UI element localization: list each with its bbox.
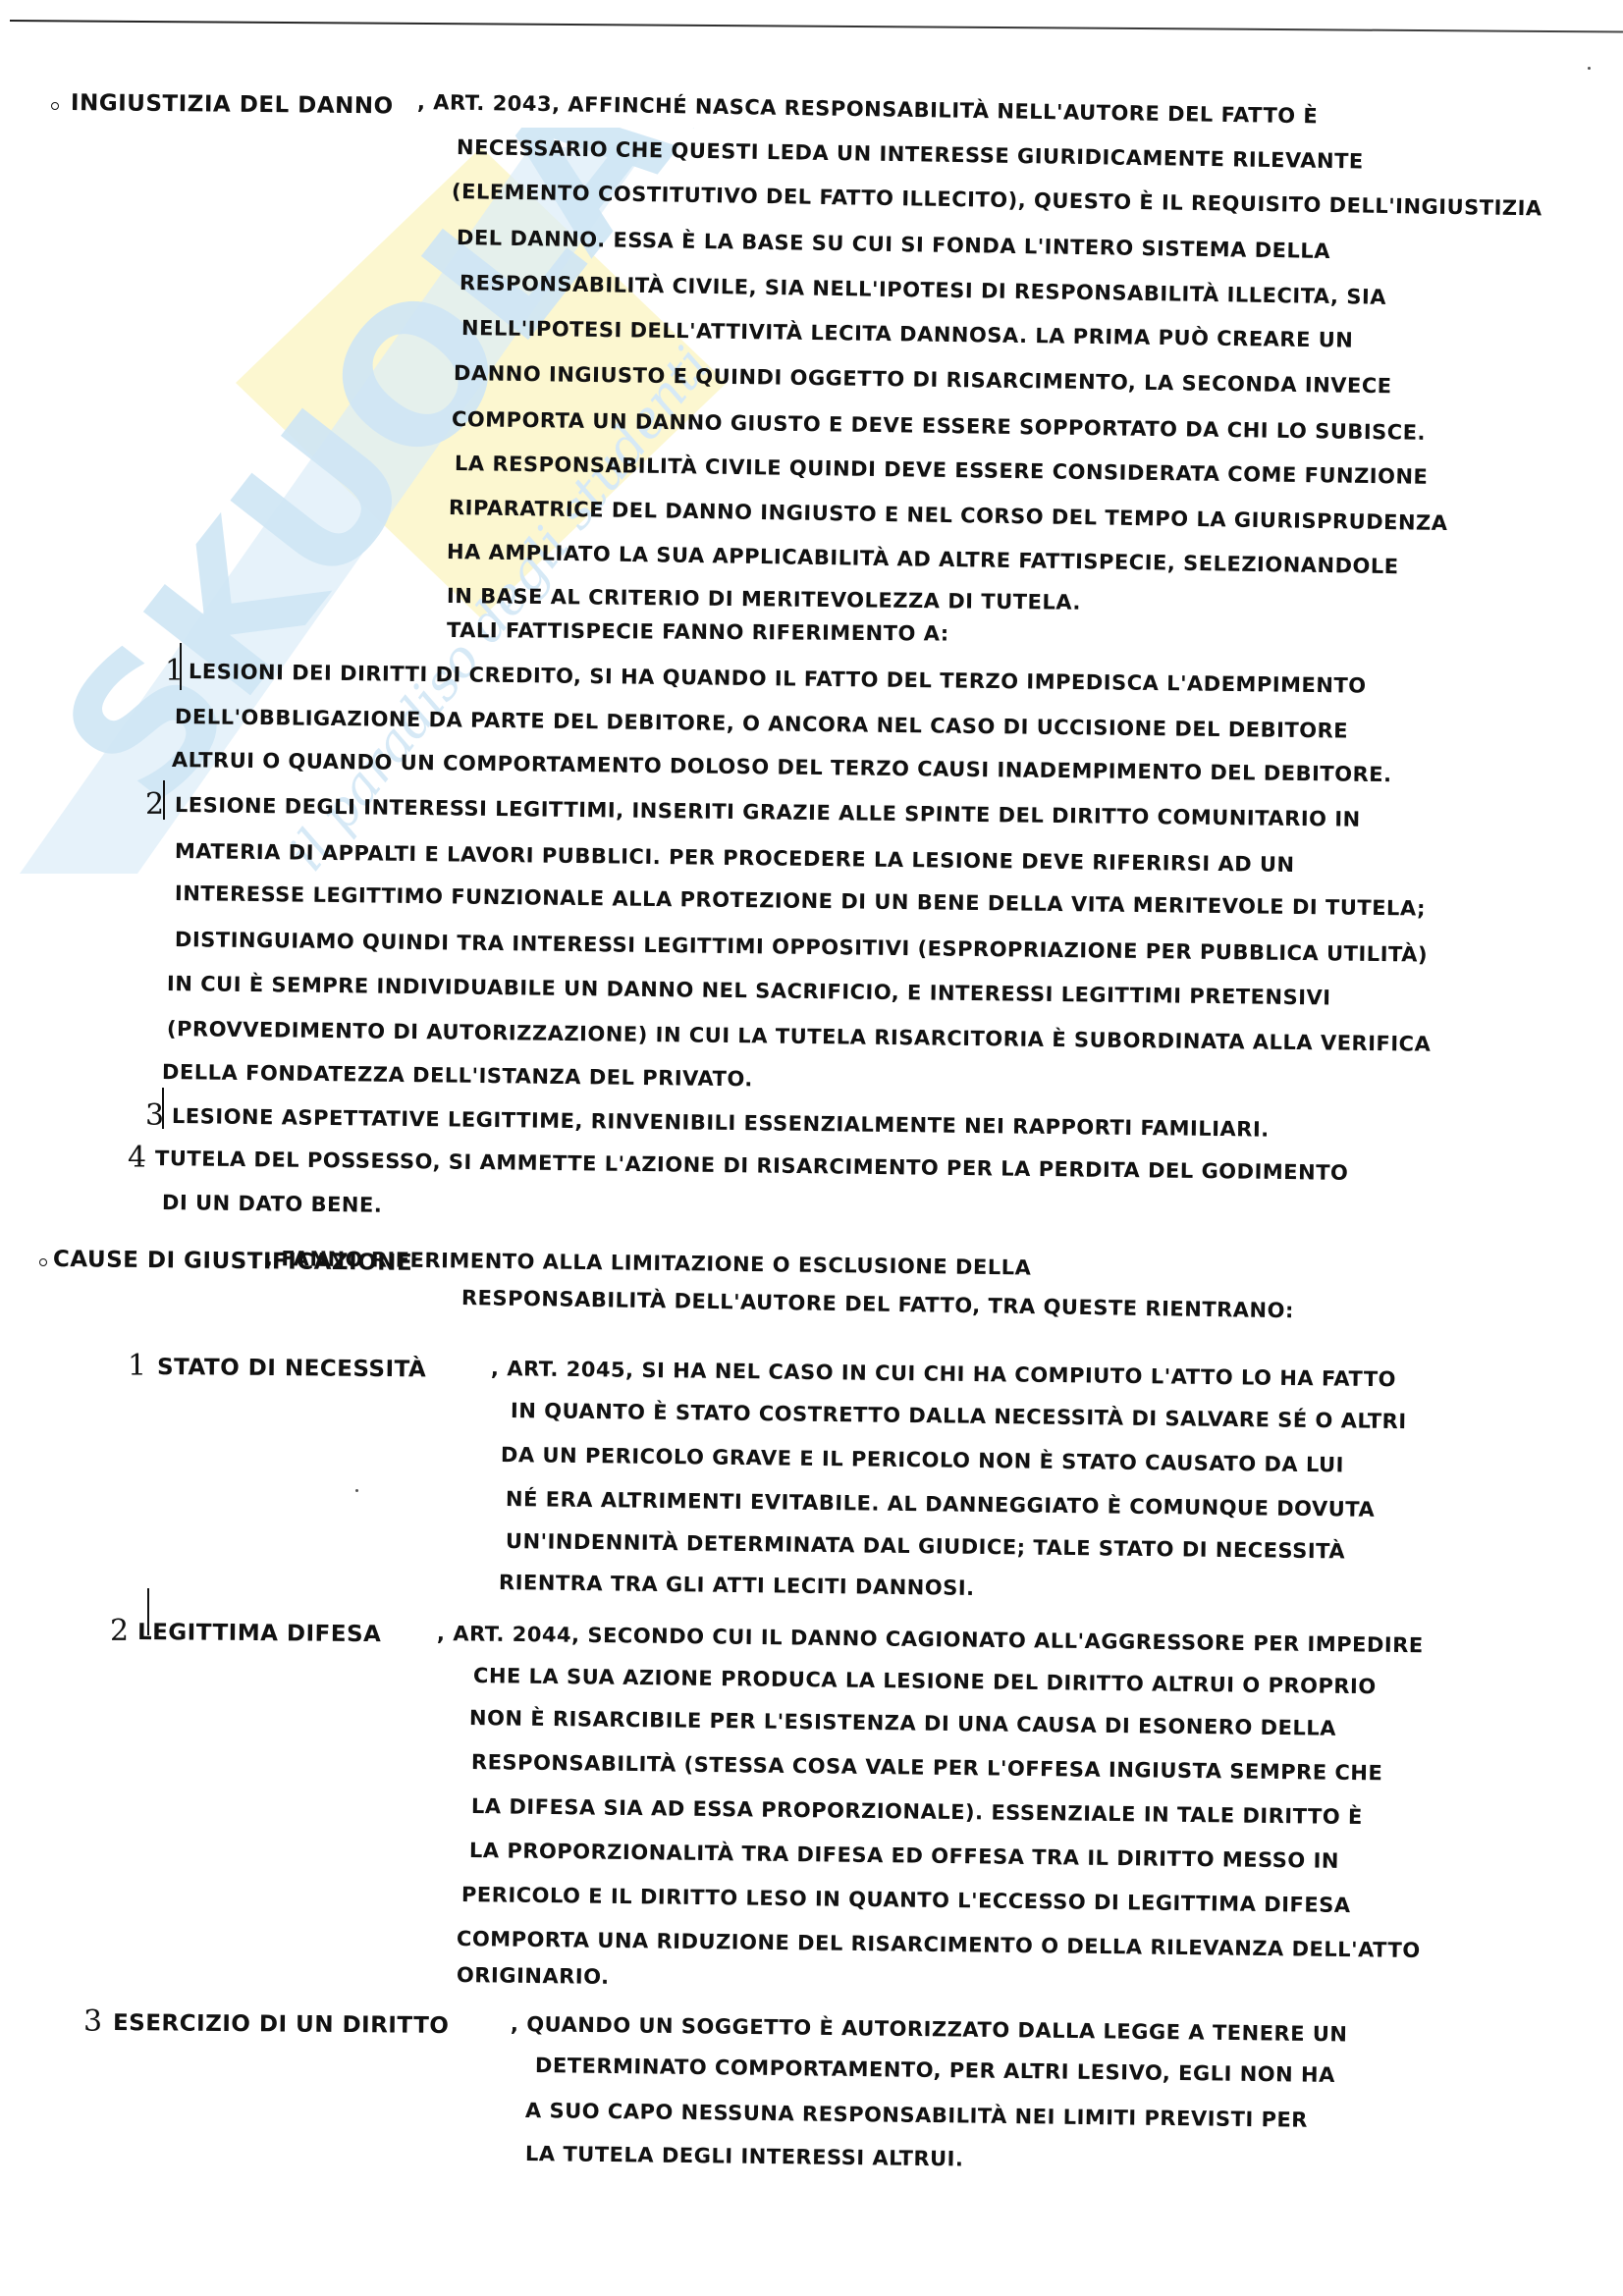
text-line: da un pericolo grave e il pericolo non è… <box>501 1443 1344 1476</box>
text-line: Tutela del possesso, si ammette l'azione… <box>155 1147 1349 1185</box>
text-line: non è risarcibile per l'esistenza di una… <box>469 1706 1336 1740</box>
text-line: ha ampliato la sua applicabilità ad altr… <box>447 540 1399 578</box>
text-line: un'indennità determinata dal giudice; ta… <box>506 1529 1345 1563</box>
text-line: , quando un soggetto è autorizzato dalla… <box>511 2012 1348 2046</box>
text-line: nell'ipotesi dell'attività lecita dannos… <box>461 316 1354 352</box>
text-line: altrui o quando un comportamento doloso … <box>172 748 1392 786</box>
text-line: Lesioni dei diritti di credito, si ha qu… <box>189 660 1367 698</box>
text-line: (elemento costitutivo del fatto illecito… <box>452 180 1542 220</box>
text-line: , Art. 2045, si ha nel caso in cui chi h… <box>491 1357 1396 1391</box>
scan-speck <box>355 1489 358 1492</box>
list-item-number: 2 <box>110 1614 130 1648</box>
list-item-number: 2 <box>145 787 165 822</box>
text-line: materia di appalti e lavori pubblici. Pe… <box>175 839 1295 877</box>
text-line: né era altrimenti evitabile. Al danneggi… <box>506 1487 1375 1522</box>
text-line: determinato comportamento, per altri les… <box>535 2054 1335 2087</box>
text-line: che la sua azione produca la lesione del… <box>473 1664 1377 1698</box>
text-line: comporta una riduzione del risarcimento … <box>457 1927 1421 1962</box>
text-line: di un dato bene. <box>162 1191 383 1217</box>
text-line: Tali fattispecie fanno riferimento a: <box>447 618 949 646</box>
margin-stroke <box>162 1088 164 1129</box>
text-line: rientra tra gli atti leciti dannosi. <box>499 1571 975 1600</box>
text-line: (provvedimento di autorizzazione) in cui… <box>167 1017 1432 1056</box>
section-title-ingiustizia: Ingiustizia del danno <box>71 90 394 119</box>
scan-speck <box>1588 67 1591 70</box>
margin-stroke <box>163 780 165 820</box>
page-top-edge-line <box>10 20 1623 32</box>
bullet-icon <box>39 1258 47 1266</box>
text-line: , Art. 2043, affinché nasca responsabili… <box>417 90 1319 128</box>
bullet-icon <box>51 102 59 110</box>
text-line: La responsabilità civile quindi deve ess… <box>455 452 1429 489</box>
list-item-label: Stato di necessità <box>157 1355 427 1382</box>
text-line: la proporzionalità tra difesa ed offesa … <box>469 1839 1339 1873</box>
text-line: comporta un danno giusto e deve essere s… <box>452 407 1426 445</box>
text-line: responsabilità dell'autore del fatto, tr… <box>461 1286 1294 1322</box>
text-line: in quanto è stato costretto dalla necess… <box>511 1399 1407 1433</box>
text-line: danno ingiusto e quindi oggetto di risar… <box>454 361 1392 398</box>
text-line: interesse legittimo funzionale alla prot… <box>175 881 1426 921</box>
text-line: responsabilità (stessa cosa vale per l'o… <box>471 1750 1383 1785</box>
text-line: Lesione aspettative legittime, rinvenibi… <box>172 1104 1270 1142</box>
text-line: della fondatezza dell'istanza del privat… <box>162 1060 753 1091</box>
text-line: riparatrice del danno ingiusto e nel cor… <box>449 496 1448 535</box>
margin-stroke <box>180 643 182 690</box>
text-line: originario. <box>457 1963 610 1989</box>
text-line: , Art. 2044, secondo cui il danno cagion… <box>437 1622 1424 1657</box>
text-line: responsabilità civile, sia nell'ipotesi … <box>460 271 1386 309</box>
text-line: in cui è sempre individuabile un danno n… <box>167 972 1331 1009</box>
text-line: distinguiamo quindi tra interessi legitt… <box>175 928 1428 967</box>
text-line: la tutela degli interessi altrui. <box>525 2142 964 2170</box>
list-item-number: 1 <box>128 1349 147 1383</box>
text-line: Lesione degli interessi legittimi, inser… <box>175 793 1361 831</box>
text-line: necessario che questi leda un interesse … <box>457 135 1364 174</box>
scanned-notes-page: SKUOLA.net il paradiso degli studenti In… <box>0 0 1623 2296</box>
text-line: del danno. Essa è la base su cui si fond… <box>457 226 1330 263</box>
text-line: in base al criterio di meritevolezza di … <box>447 584 1081 614</box>
text-line: pericolo e il diritto leso in quanto l'e… <box>461 1883 1351 1917</box>
text-line: dell'obbligazione da parte del debitore,… <box>175 705 1348 743</box>
list-item-label: Esercizio di un diritto <box>113 2010 450 2039</box>
text-line: a suo capo nessuna responsabilità nei li… <box>525 2099 1308 2132</box>
list-item-number: 4 <box>128 1141 147 1175</box>
list-item-number: 3 <box>83 2004 103 2039</box>
list-item-label: Legittima difesa <box>137 1620 382 1647</box>
text-line: la difesa sia ad essa proporzionale). Es… <box>471 1794 1363 1829</box>
margin-stroke <box>147 1588 149 1635</box>
